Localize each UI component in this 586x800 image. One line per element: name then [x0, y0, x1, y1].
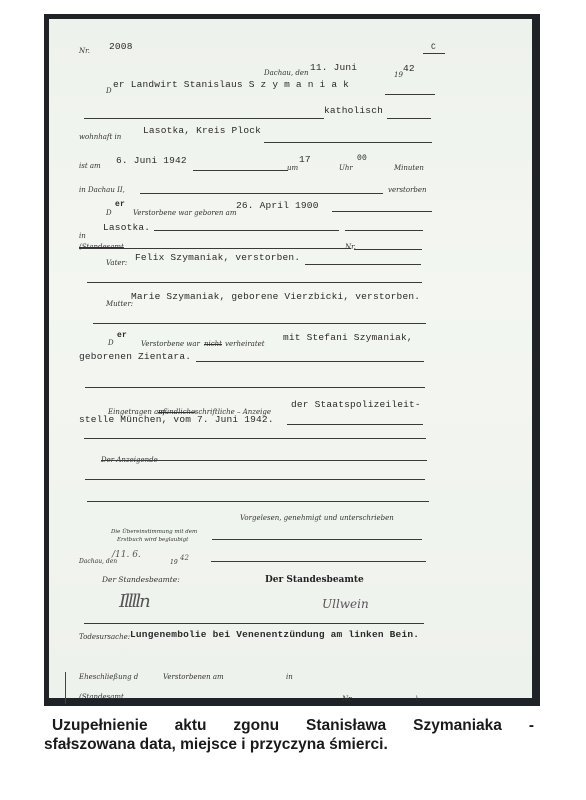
death-certificate-page: Nr. 2008 C Dachau, den 11. Juni 19 42 D … [49, 19, 532, 698]
caption-word: Uzupełnienie [52, 716, 148, 735]
registrar-left: Der Standesbeamte: [102, 575, 180, 584]
marriage-label2: Verstorbenen am [163, 673, 224, 681]
married-er: er [117, 331, 127, 340]
time-um-label: um [287, 164, 298, 172]
marriage-label: Eheschließung d [79, 673, 138, 681]
married-value: mit Stefani Szymaniak, [283, 332, 413, 343]
married-prefix: D [108, 339, 114, 347]
cause-label: Todesursache: [79, 633, 130, 641]
death-place-label: in Dachau II, [79, 186, 125, 194]
married-label2: verheiratet [225, 340, 265, 348]
father-value: Felix Szymaniak, verstorben. [135, 252, 300, 263]
born-prefix: D [106, 209, 112, 217]
married-strike: nicht [204, 340, 222, 348]
standesamt-label: (Standesamt [79, 243, 124, 251]
birthplace-value: Lasotka. [103, 222, 150, 233]
year-prefix: 19 [394, 71, 403, 79]
caption-line-1: Uzupełnienie aktu zgonu Stanisława Szyma… [44, 716, 534, 735]
certify-date-handwritten: /11. 6. [112, 550, 141, 560]
nr-label: Nr. [79, 47, 90, 55]
caption: Uzupełnienie aktu zgonu Stanisława Szyma… [44, 716, 534, 754]
marriage-close: ). [415, 695, 420, 703]
nr-value: 2008 [109, 41, 133, 52]
date-value: 11. Juni [310, 62, 357, 73]
cause-value: Lungenembolie bei Venenentzündung am lin… [130, 629, 419, 640]
time-hour: 17 [299, 154, 311, 165]
born-value: 26. April 1900 [236, 200, 319, 211]
certify-year: 19 [170, 559, 178, 566]
born-label: Verstorbene war geboren am [133, 209, 236, 217]
place-date-label: Dachau, den [264, 69, 308, 77]
death-date-label: ist am [79, 162, 101, 170]
registrar-right: Der Standesbeamte [265, 575, 364, 585]
minuten-label: Minuten [394, 164, 424, 172]
certify-year-handwritten: 42 [180, 554, 189, 562]
father-label: Vater: [106, 259, 127, 267]
birthplace-label: in [79, 232, 86, 240]
caption-word: - [529, 716, 534, 735]
married-label: Verstorbene war [141, 340, 200, 348]
mother-label: Mutter: [106, 300, 133, 308]
caption-word: Szymaniaka [413, 716, 502, 735]
caption-line-2: sfałszowana data, miejsce i przyczyna śm… [44, 735, 534, 754]
residence-value: Lasotka, Kreis Plock [143, 125, 261, 136]
caption-word: aktu [175, 716, 207, 735]
caption-word: Stanisława [306, 716, 386, 735]
signature-left: Illlln [119, 591, 149, 612]
death-date-value: 6. Juni 1942 [116, 155, 187, 166]
scanned-document-frame: Nr. 2008 C Dachau, den 11. Juni 19 42 D … [44, 14, 540, 706]
deceased-prefix: D [106, 87, 112, 95]
corner-mark: C [431, 43, 436, 52]
religion-value: katholisch [324, 105, 383, 116]
marriage-in: in [286, 673, 293, 681]
caption-word: zgonu [233, 716, 279, 735]
signature-right: Ullwein [322, 597, 369, 611]
verstorben-label: verstorben [388, 186, 427, 194]
marriage-standesamt: (Standesamt [79, 693, 124, 701]
mother-value: Marie Szymaniak, geborene Vierzbicki, ve… [131, 291, 420, 302]
deceased-name: er Landwirt Stanislaus S z y m a n i a k [113, 79, 349, 90]
born-er: er [115, 200, 125, 209]
marriage-nr: Nr. [342, 695, 353, 703]
certify-line1: Die Übereinstimmung mit dem [111, 529, 197, 535]
time-minutes: 00 [357, 154, 367, 163]
residence-label: wohnhaft in [79, 133, 121, 141]
married-value2: geborenen Zientara. [79, 351, 191, 362]
margin-bar [65, 672, 66, 704]
certify-line2: Erstbuch wird beglaubigt [117, 537, 188, 543]
entered-value: der Staatspolizeileit- [291, 399, 421, 410]
year-value: 42 [403, 63, 415, 74]
time-uhr-label: Uhr [339, 164, 353, 172]
entered-value2: stelle München, vom 7. Juni 1942. [79, 414, 274, 425]
read-approved: Vorgelesen, genehmigt und unterschrieben [240, 514, 394, 522]
